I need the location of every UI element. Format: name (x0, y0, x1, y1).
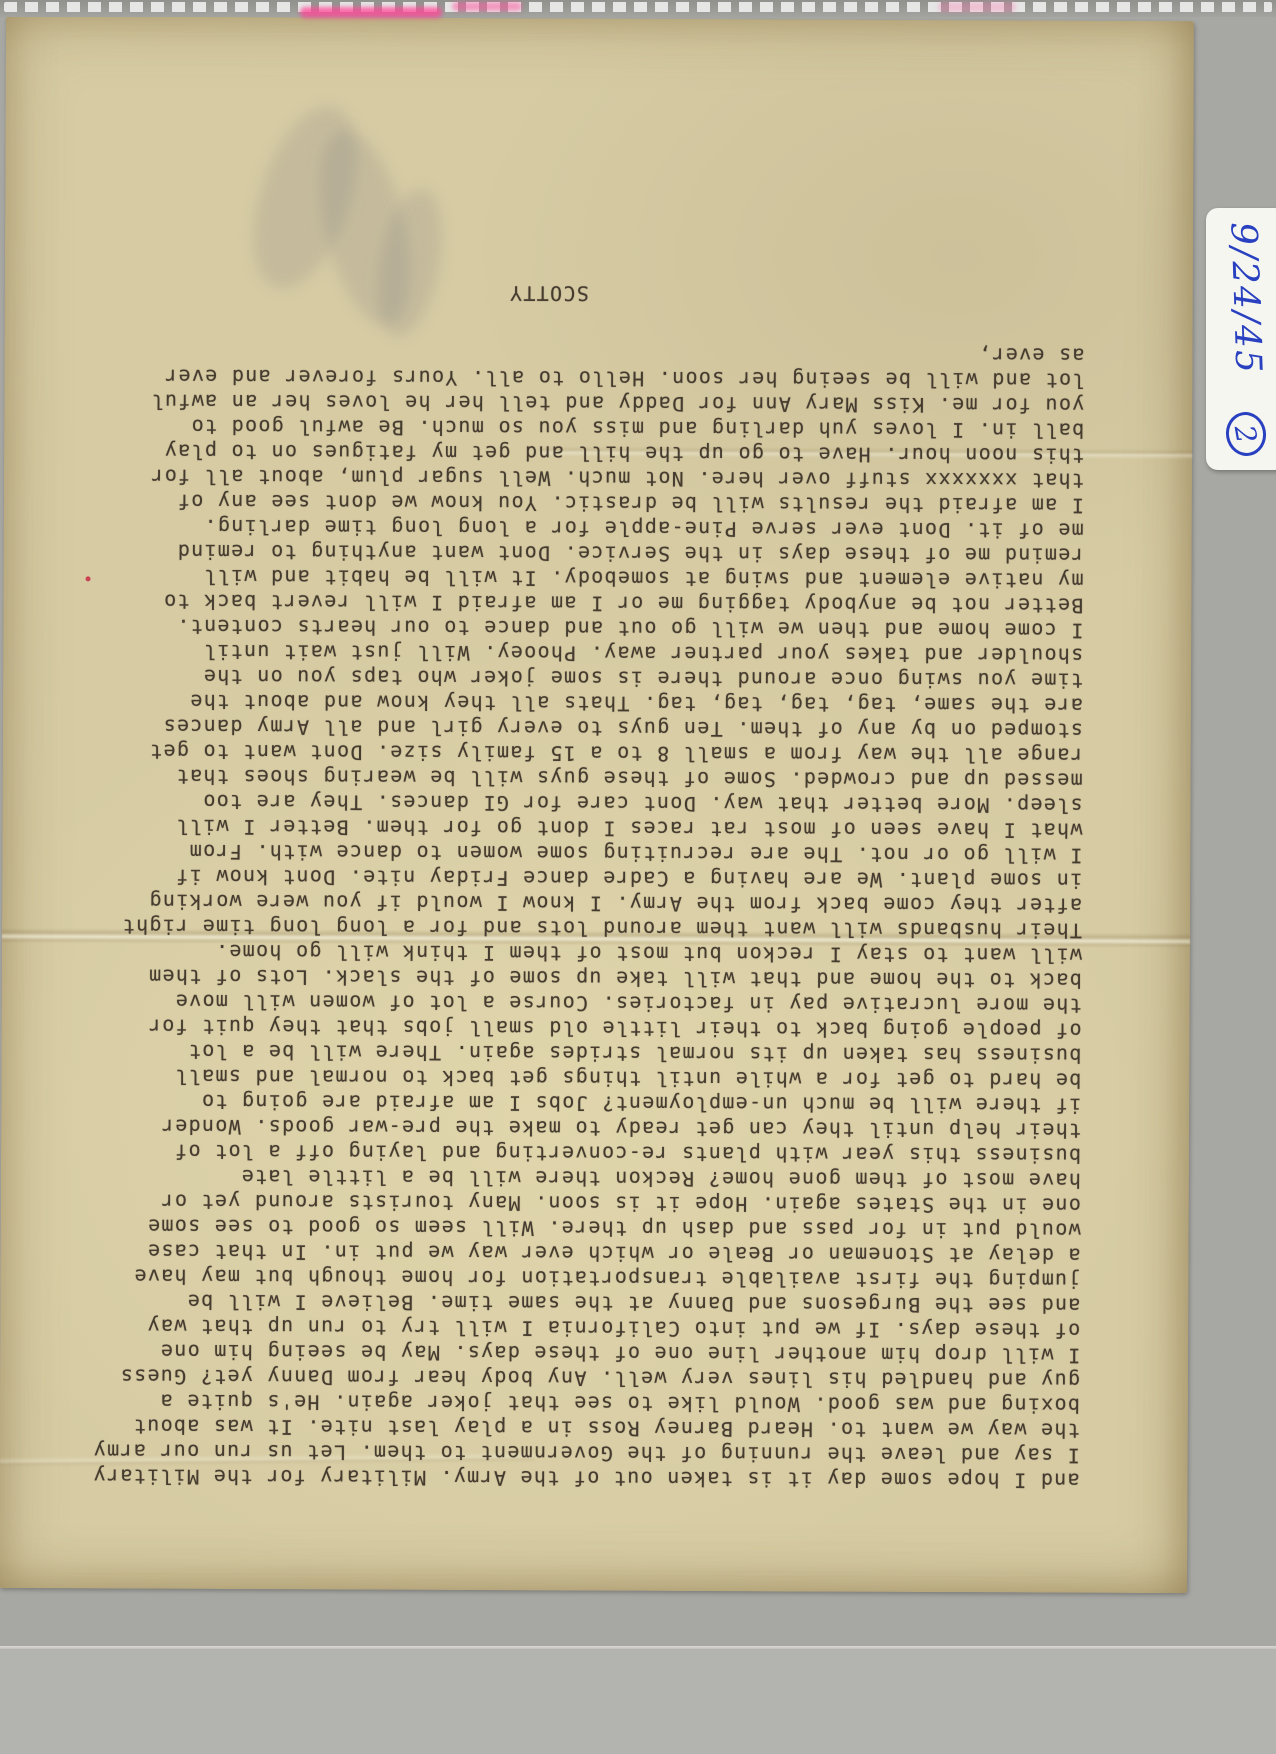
pink-highlighter-mark (452, 2, 522, 11)
typewritten-letter-upside-down: and I hope some day it is taken out of t… (0, 16, 1194, 1593)
binder-perforation-strip (0, 0, 1276, 17)
handwritten-date: 9/24/45 (1223, 221, 1269, 375)
label-rotated-content: 9/24/45 2 (1208, 214, 1276, 464)
perforation-holes (4, 2, 1272, 12)
archival-date-label: 9/24/45 2 (1206, 208, 1276, 470)
scanner-background-bottom (0, 1649, 1276, 1754)
letter-paper: and I hope some day it is taken out of t… (0, 16, 1194, 1593)
letter-signature: SCOTTY (509, 280, 589, 305)
pink-highlighter-mark (938, 2, 1016, 12)
handwritten-page-number-circled: 2 (1222, 409, 1269, 459)
scanned-letter-page: { "annotation_label": { "date": "9/24/45… (0, 0, 1276, 1754)
letter-body-text: and I hope some day it is taken out of t… (92, 338, 1084, 1492)
pink-highlighter-mark (300, 7, 442, 18)
